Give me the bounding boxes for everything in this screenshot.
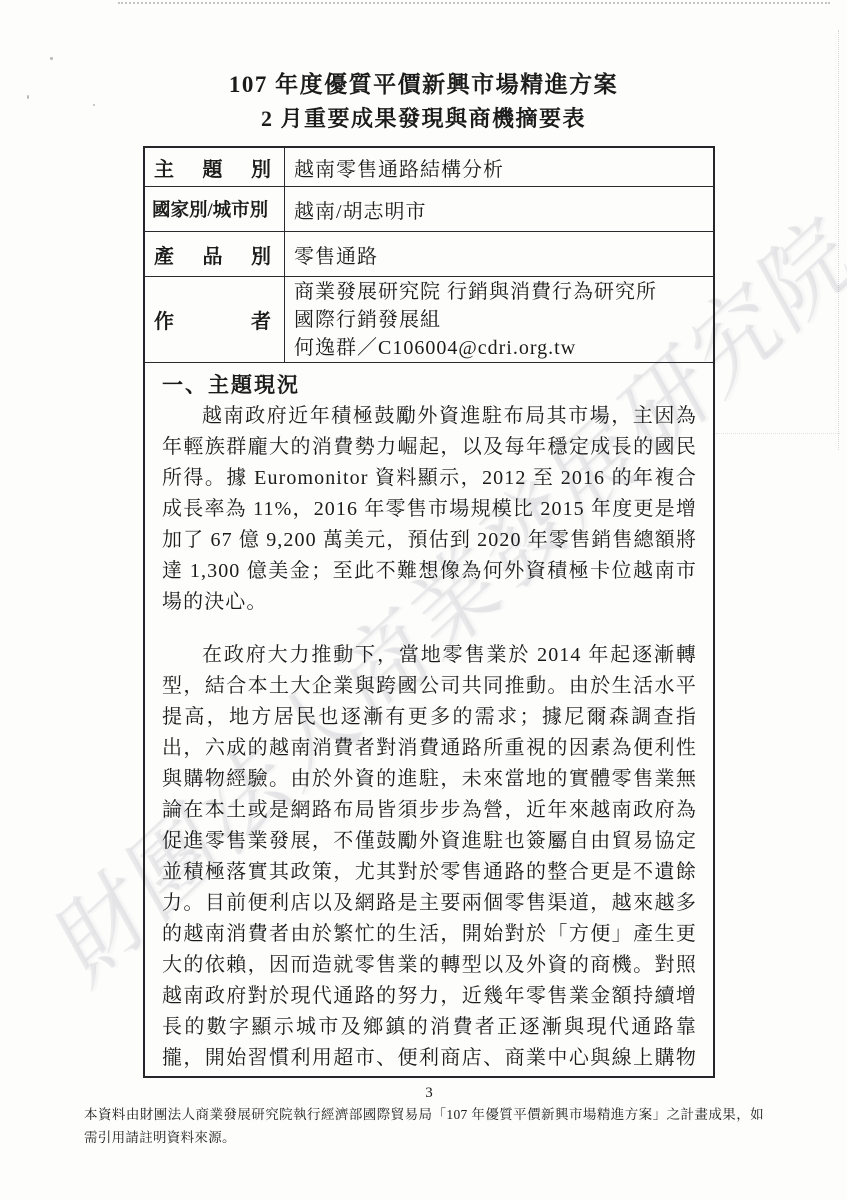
label-char: 品 bbox=[203, 240, 223, 269]
label-char: 者 bbox=[251, 305, 271, 334]
label-char: 別 bbox=[251, 240, 271, 269]
label-char: 別 bbox=[251, 153, 271, 182]
label-char: 題 bbox=[203, 153, 223, 182]
page-number: 3 bbox=[143, 1085, 715, 1102]
row-label-topic: 主 題 別 bbox=[145, 148, 285, 186]
topic-status-section: 一、主題現況 越南政府近年積極鼓勵外資進駐布局其市場，主因為年輕族群龐大的消費勢… bbox=[145, 363, 713, 1076]
row-label-country: 國家別/城市別 bbox=[145, 187, 285, 231]
scan-artifact-horizontal bbox=[716, 433, 840, 434]
section-paragraph-1: 越南政府近年積極鼓勵外資進駐布局其市場，主因為年輕族群龐大的消費勢力崛起，以及每… bbox=[162, 401, 697, 618]
document-title: 107 年度優質平價新興市場精進方案 bbox=[0, 72, 847, 98]
author-org-line: 商業發展研究院 行銷與消費行為研究所 bbox=[294, 278, 657, 306]
table-row-product: 產 品 別 零售通路 bbox=[145, 232, 713, 277]
scanned-document-page: 財團法人商業發展研究院 107 年度優質平價新興市場精進方案 2 月重要成果發現… bbox=[0, 0, 847, 1200]
label-char: 作 bbox=[154, 305, 174, 334]
footnote: 本資料由財團法人商業發展研究院執行經濟部國際貿易局「107 年優質平價新興市場精… bbox=[84, 1103, 764, 1149]
label-char: 主 bbox=[154, 153, 174, 182]
table-row-country: 國家別/城市別 越南/胡志明市 bbox=[145, 187, 713, 232]
row-value-country: 越南/胡志明市 bbox=[285, 187, 713, 231]
table-row-topic: 主 題 別 越南零售通路結構分析 bbox=[145, 148, 713, 187]
document-header: 107 年度優質平價新興市場精進方案 2 月重要成果發現與商機摘要表 bbox=[0, 72, 847, 131]
row-label-author: 作 者 bbox=[145, 277, 285, 362]
author-contact-line: 何逸群／C106004@cdri.org.tw bbox=[294, 334, 576, 362]
row-value-product: 零售通路 bbox=[285, 232, 713, 276]
table-row-author: 作 者 商業發展研究院 行銷與消費行為研究所 國際行銷發展組 何逸群／C1060… bbox=[145, 277, 713, 363]
row-label-product: 產 品 別 bbox=[145, 232, 285, 276]
scan-edge-artifact-top bbox=[118, 2, 830, 4]
scan-speck bbox=[50, 57, 53, 60]
document-subtitle: 2 月重要成果發現與商機摘要表 bbox=[0, 106, 847, 131]
row-value-topic: 越南零售通路結構分析 bbox=[285, 148, 713, 186]
section-heading: 一、主題現況 bbox=[162, 369, 697, 401]
label-char: 產 bbox=[154, 240, 174, 269]
row-value-author: 商業發展研究院 行銷與消費行為研究所 國際行銷發展組 何逸群／C106004@c… bbox=[285, 277, 713, 362]
summary-table: 主 題 別 越南零售通路結構分析 國家別/城市別 越南/胡志明市 產 品 別 零… bbox=[143, 146, 715, 1078]
section-paragraph-2: 在政府大力推動下，當地零售業於 2014 年起逐漸轉型，結合本土大企業與跨國公司… bbox=[162, 640, 697, 1076]
author-dept-line: 國際行銷發展組 bbox=[294, 306, 441, 334]
